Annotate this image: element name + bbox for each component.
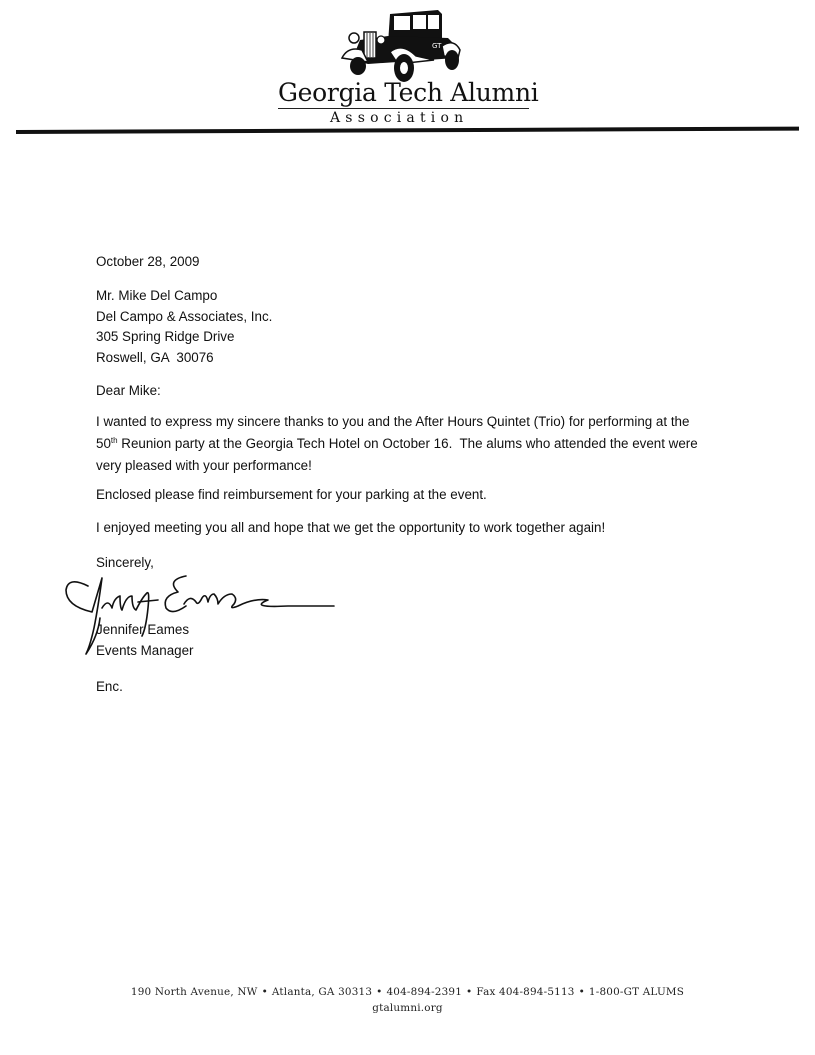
recipient-address: Mr. Mike Del Campo Del Campo & Associate… (96, 286, 272, 368)
bullet-separator: • (579, 986, 585, 998)
recipient-street: 305 Spring Ridge Drive (96, 327, 272, 348)
letter-date: October 28, 2009 (96, 254, 199, 269)
recipient-company: Del Campo & Associates, Inc. (96, 307, 272, 328)
signer-title: Events Manager (96, 643, 194, 658)
letterhead: GT Georgia Tech Alumni Association (0, 0, 815, 150)
paragraph-thanks-part1: I wanted to express my sincere thanks to… (96, 414, 689, 429)
footer-website[interactable]: gtalumni.org (0, 1002, 815, 1014)
footer-city: Atlanta, GA 30313 (272, 986, 372, 998)
footer-phone: 404-894-2391 (387, 986, 463, 998)
letterhead-divider (16, 127, 799, 134)
signer-name: Jennifer Eames (96, 622, 189, 637)
org-name-underline (278, 108, 529, 109)
vintage-car-icon: GT (338, 2, 463, 84)
ordinal-suffix: th (111, 436, 118, 445)
svg-text:GT: GT (432, 42, 442, 50)
bullet-separator: • (262, 986, 268, 998)
org-subtitle: Association (330, 110, 468, 126)
enclosure-note: Enc. (96, 679, 123, 694)
footer-address: 190 North Avenue, NW (131, 986, 258, 998)
salutation: Dear Mike: (96, 383, 161, 398)
recipient-name: Mr. Mike Del Campo (96, 286, 272, 307)
footer-contact: 190 North Avenue, NW•Atlanta, GA 30313•4… (0, 986, 815, 998)
paragraph-closing-remark: I enjoyed meeting you all and hope that … (96, 520, 605, 535)
paragraph-thanks: I wanted to express my sincere thanks to… (96, 411, 716, 477)
footer-tollfree: 1-800-GT ALUMS (589, 986, 684, 998)
bullet-separator: • (466, 986, 472, 998)
paragraph-thanks-part2: Reunion party at the Georgia Tech Hotel … (96, 436, 701, 473)
org-name: Georgia Tech Alumni (278, 78, 538, 107)
paragraph-reimbursement: Enclosed please find reimbursement for y… (96, 487, 487, 502)
footer-fax: Fax 404-894-5113 (476, 986, 574, 998)
recipient-city: Roswell, GA 30076 (96, 348, 272, 369)
bullet-separator: • (376, 986, 382, 998)
ordinal-number: 50 (96, 436, 111, 451)
